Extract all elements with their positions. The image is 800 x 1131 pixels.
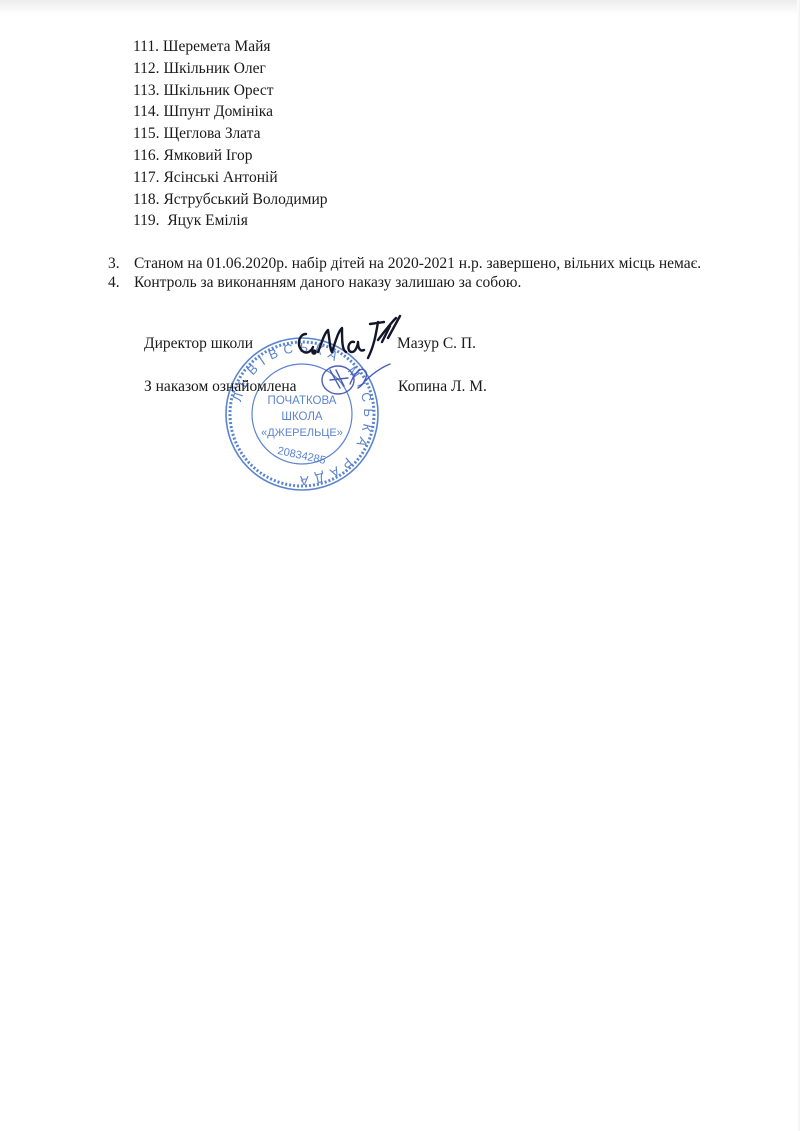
svg-text:«ДЖЕРЕЛЬЦЕ»: «ДЖЕРЕЛЬЦЕ» (261, 427, 343, 439)
clause-number: 3. (108, 254, 134, 273)
signature-role: Директор школи (144, 335, 253, 353)
clause-3: 3. Станом на 01.06.2020р. набір дітей на… (108, 254, 718, 273)
clause-number: 4. (108, 273, 134, 292)
clause-text: Станом на 01.06.2020р. набір дітей на 20… (134, 254, 718, 273)
list-item: 118. Яструбський Володимир (133, 189, 328, 211)
acknowledgement-signature-icon (312, 358, 392, 400)
signature-name: Копина Л. М. (398, 378, 487, 396)
order-clauses: 3. Станом на 01.06.2020р. набір дітей на… (108, 254, 718, 292)
svg-text:ШКОЛА: ШКОЛА (281, 411, 322, 423)
student-name-list: 111. Шеремета Майя 112. Шкільник Олег 11… (133, 36, 328, 232)
signature-role: З наказом ознайомлена (144, 378, 297, 396)
list-item: 113. Шкільник Орест (133, 80, 328, 102)
svg-text:*: * (300, 478, 303, 487)
clause-text: Контроль за виконанням даного наказу зал… (134, 273, 718, 292)
list-item: 112. Шкільник Олег (133, 58, 328, 80)
list-item: 114. Шпунт Домініка (133, 101, 328, 123)
director-signature-icon (292, 312, 404, 364)
list-item: 111. Шеремета Майя (133, 36, 328, 58)
signature-name: Мазур С. П. (397, 335, 476, 353)
list-item: 117. Ясінські Антоній (133, 167, 328, 189)
list-item: 116. Ямковий Ігор (133, 145, 328, 167)
list-item: 119. Яцук Емілія (133, 210, 328, 232)
document-page: 111. Шеремета Майя 112. Шкільник Олег 11… (0, 0, 800, 1131)
clause-4: 4. Контроль за виконанням даного наказу … (108, 273, 718, 292)
list-item: 115. Щеглова Злата (133, 123, 328, 145)
